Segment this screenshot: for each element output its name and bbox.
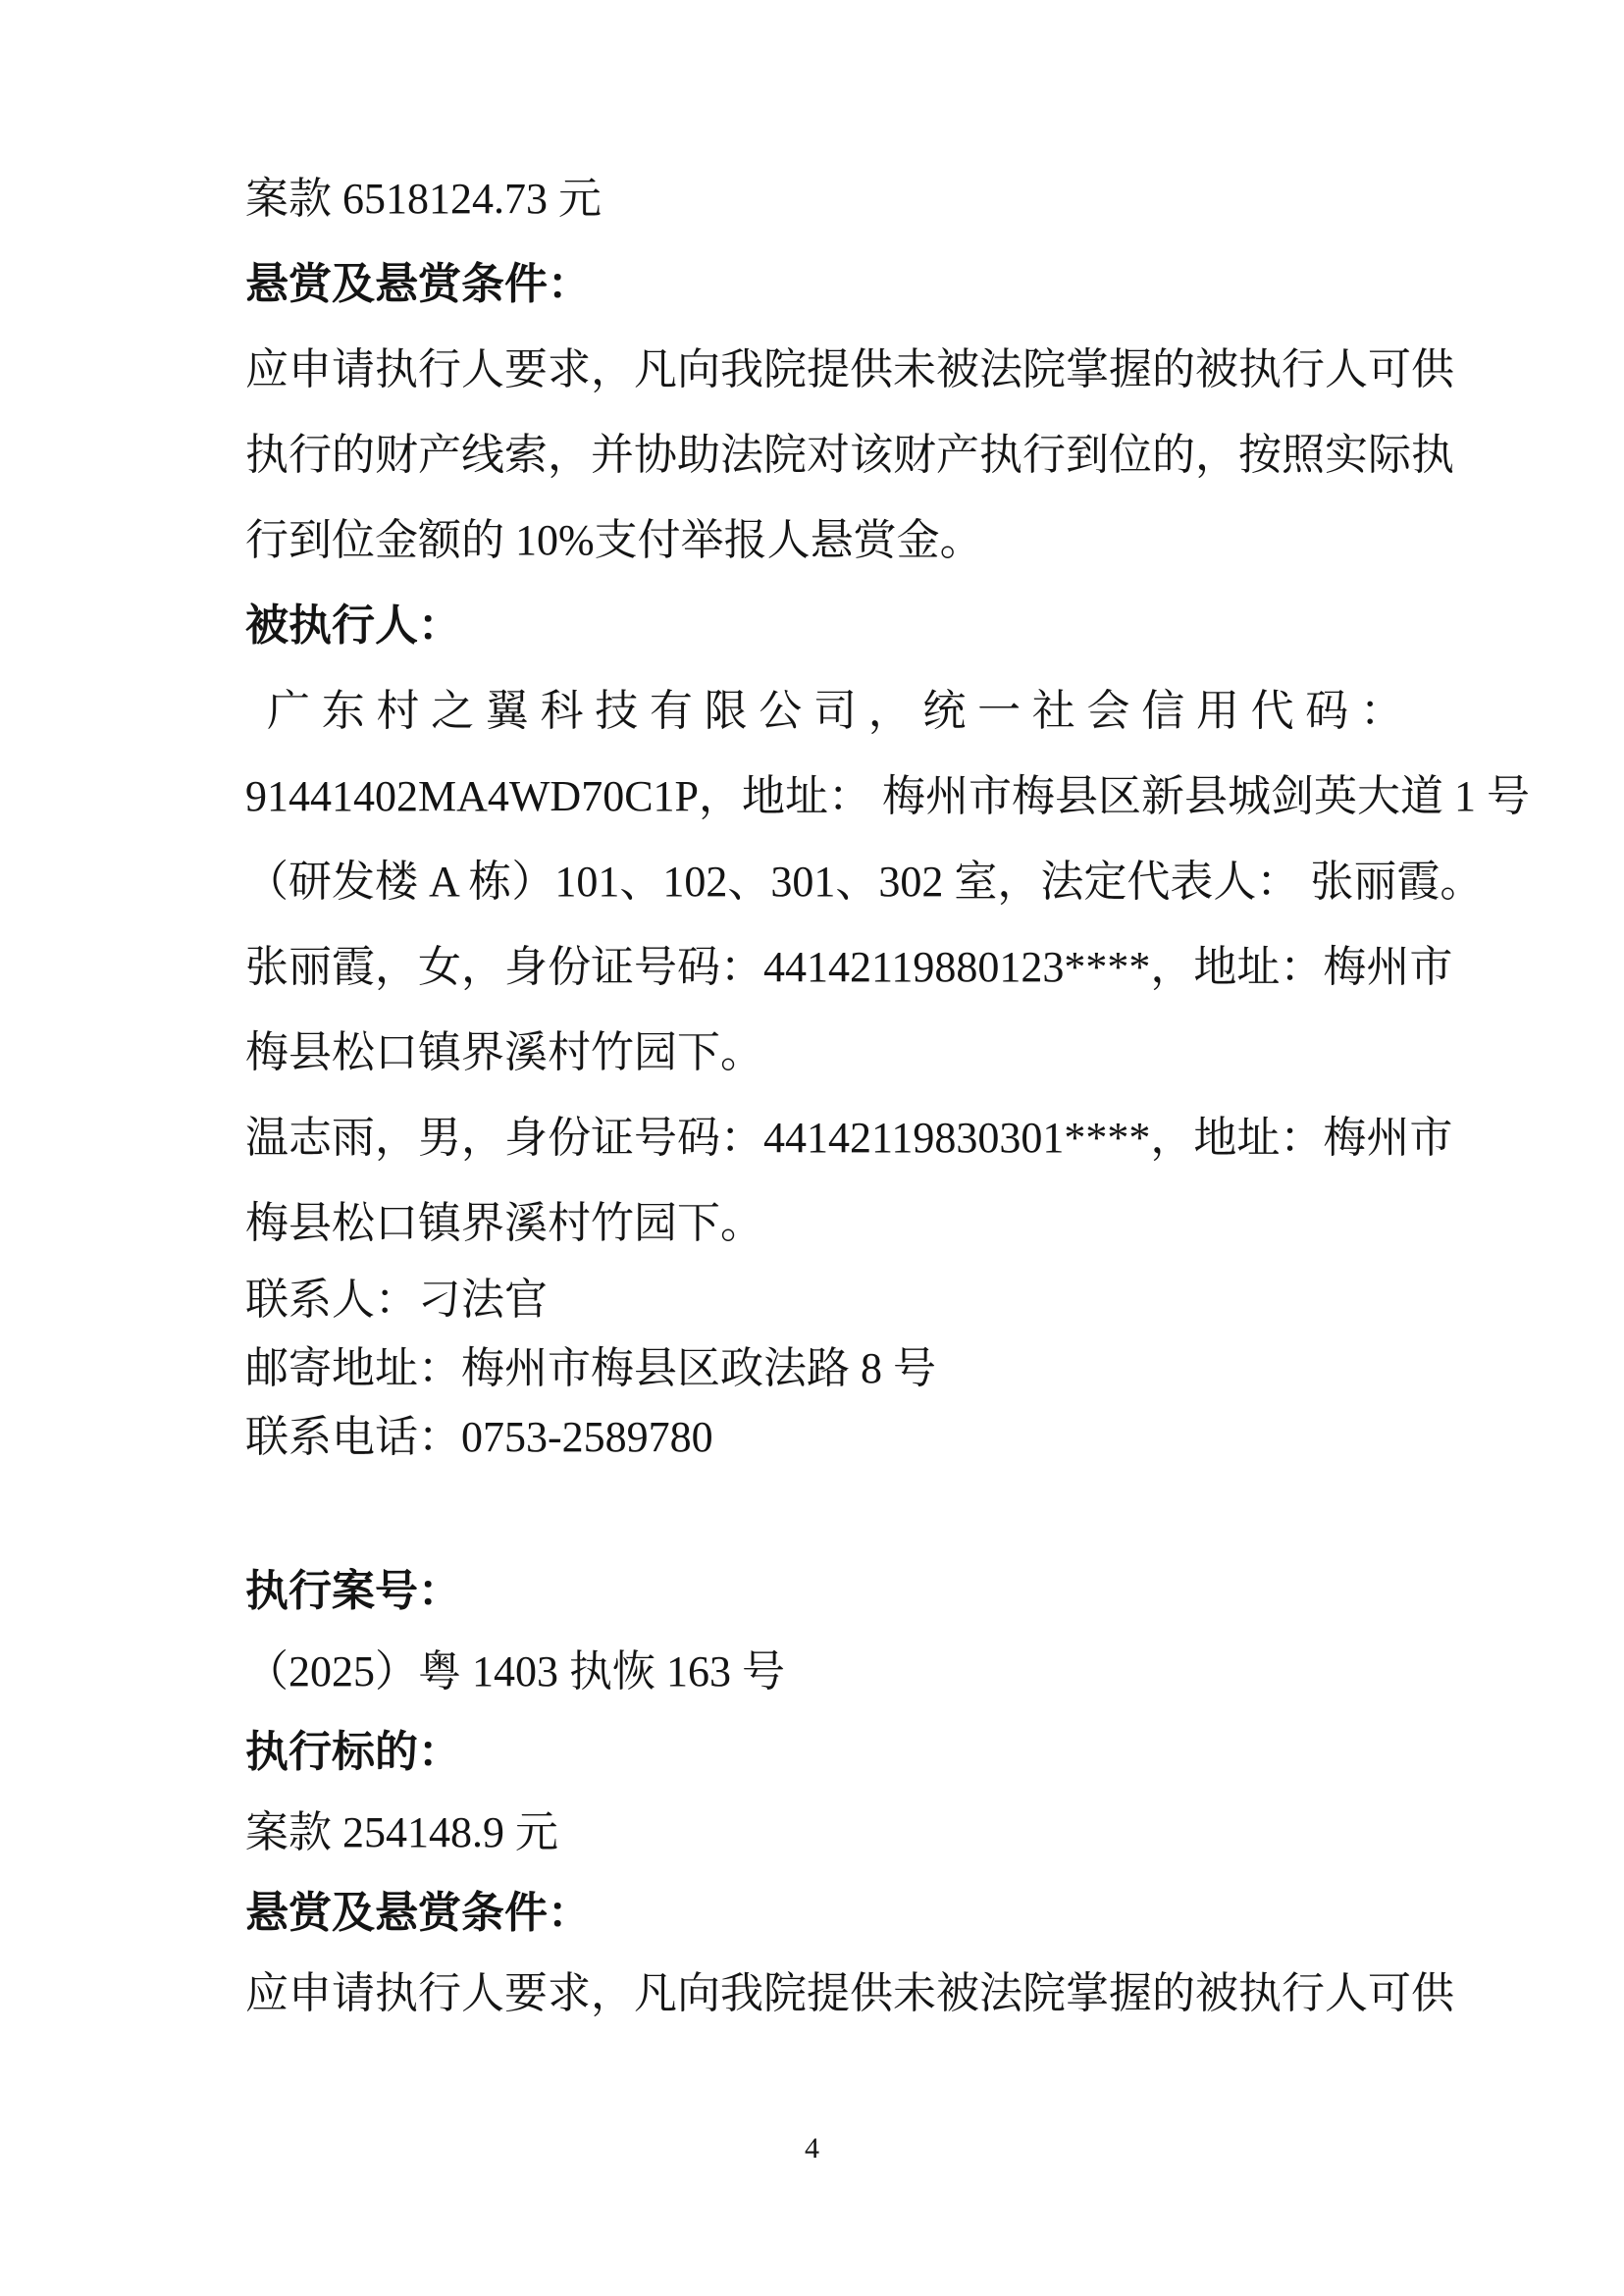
case2-reward-heading: 悬赏及悬赏条件：: [245, 1873, 1403, 1954]
case2-amount: 案款 254148.9 元: [245, 1793, 1403, 1873]
debtor-company-addr: （研发楼 A 栋）101、102、301、302 室，法定代表人： 张丽霞。: [245, 839, 1403, 924]
debtor-company-name: 广东村之翼科技有限公司，统一社会信用代码：: [245, 668, 1403, 754]
case2-number: （2025）粤 1403 执恢 163 号: [245, 1632, 1403, 1712]
case1-reward-heading: 悬赏及悬赏条件：: [245, 241, 1403, 327]
debtor-heading: 被执行人：: [245, 583, 1403, 668]
contact-person: 联系人：刁法官: [245, 1266, 1403, 1334]
case1-reward-line3: 行到位金额的 10%支付举报人悬赏金。: [245, 497, 1403, 583]
debtor-company-code: 91441402MA4WD70C1P，地址： 梅州市梅县区新县城剑英大道 1 号: [245, 754, 1403, 839]
case2-target-heading: 执行标的：: [245, 1712, 1403, 1793]
case2-reward-line1: 应申请执行人要求，凡向我院提供未被法院掌握的被执行人可供: [245, 1954, 1403, 2034]
case1-reward-line1: 应申请执行人要求，凡向我院提供未被法院掌握的被执行人可供: [245, 327, 1403, 412]
mailing-address: 邮寄地址：梅州市梅县区政法路 8 号: [245, 1334, 1403, 1403]
debtor-person1-line2: 梅县松口镇界溪村竹园下。: [245, 1010, 1403, 1095]
document-page: 案款 6518124.73 元 悬赏及悬赏条件： 应申请执行人要求，凡向我院提供…: [0, 0, 1624, 2296]
contact-phone: 联系电话：0753-2589780: [245, 1403, 1403, 1472]
debtor-person1-line1: 张丽霞，女，身份证号码：44142119880123****，地址：梅州市: [245, 924, 1403, 1010]
case1-reward-line2: 执行的财产线索，并协助法院对该财产执行到位的，按照实际执: [245, 412, 1403, 497]
case1-amount: 案款 6518124.73 元: [245, 156, 1403, 241]
section-divider-space: [245, 1472, 1403, 1551]
document-body: 案款 6518124.73 元 悬赏及悬赏条件： 应申请执行人要求，凡向我院提供…: [245, 156, 1403, 2034]
page-number: 4: [0, 2131, 1624, 2166]
case2-number-heading: 执行案号：: [245, 1551, 1403, 1632]
debtor-person2-line2: 梅县松口镇界溪村竹园下。: [245, 1180, 1403, 1266]
debtor-person2-line1: 温志雨，男，身份证号码：44142119830301****，地址：梅州市: [245, 1095, 1403, 1180]
